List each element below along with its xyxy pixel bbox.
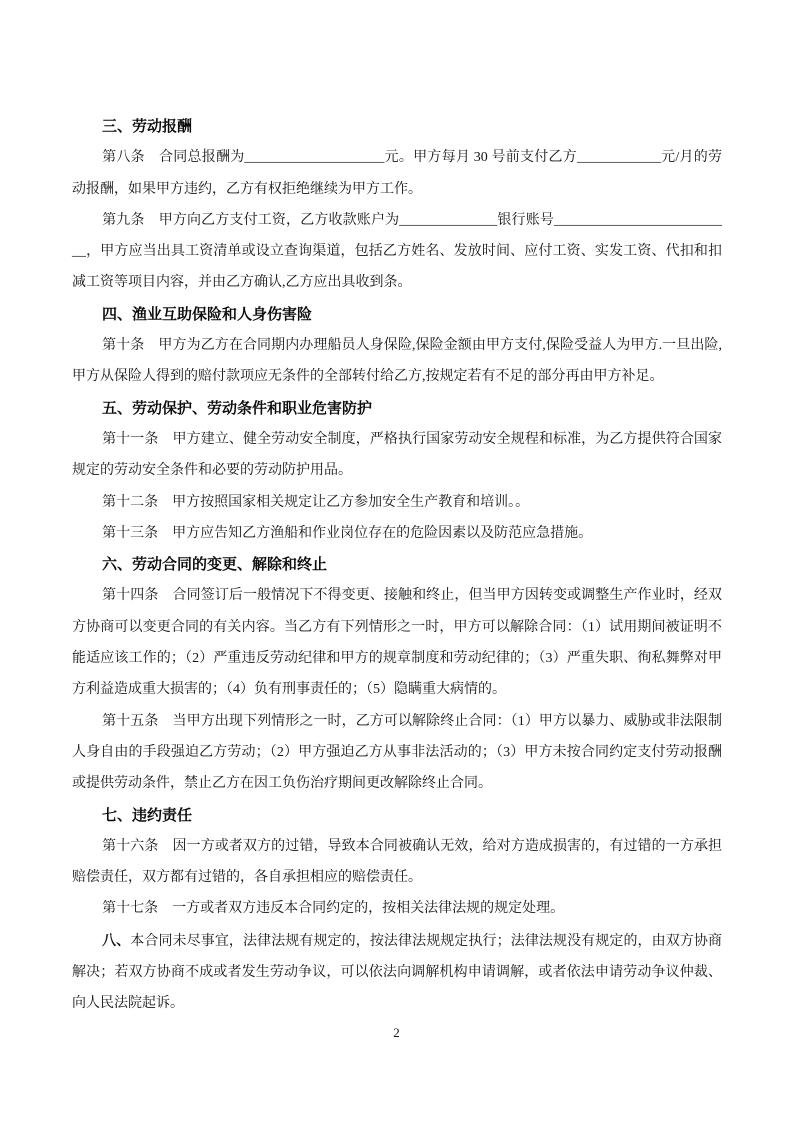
contract-paragraph: 第十二条 甲方按照国家相关规定让乙方参加安全生产教育和培训。。 — [72, 487, 722, 518]
contract-paragraph: 第十七条 一方或者双方违反本合同约定的，按相关法律法规的规定处理。 — [72, 893, 722, 924]
section-heading: 六、劳动合同的变更、解除和终止 — [72, 549, 722, 580]
contract-paragraph: 第十条 甲方为乙方在合同期内办理船员人身保险,保险金额由甲方支付,保险受益人为甲… — [72, 330, 722, 393]
contract-paragraph: 第十三条 甲方应告知乙方渔船和作业岗位存在的危险因素以及防范应急措施。 — [72, 518, 722, 549]
contract-paragraph: 八、本合同未尽事宜，法律法规有规定的，按法律法规规定执行；法律法规没有规定的，由… — [72, 925, 722, 1020]
section-heading: 七、违约责任 — [72, 800, 722, 831]
section-heading: 五、劳动保护、劳动条件和职业危害防护 — [72, 393, 722, 424]
contract-page: 三、劳动报酬第八条 合同总报酬为____________________元。甲方… — [0, 0, 793, 1122]
page-number: 2 — [0, 1023, 793, 1043]
contract-paragraph: 第八条 合同总报酬为____________________元。甲方每月 30 … — [72, 142, 722, 205]
contract-paragraph: 第十一条 甲方建立、健全劳动安全制度，严格执行国家劳动安全规程和标准，为乙方提供… — [72, 424, 722, 487]
contract-paragraph: 第九条 甲方向乙方支付工资，乙方收款账户为______________银行账号_… — [72, 205, 722, 299]
contract-paragraph: 第十六条 因一方或者双方的过错，导致本合同被确认无效，给对方造成损害的，有过错的… — [72, 831, 722, 894]
contract-paragraph: 第十五条 当甲方出现下列情形之一时，乙方可以解除终止合同：（1）甲方以暴力、威胁… — [72, 706, 722, 800]
section-heading: 四、渔业互助保险和人身伤害险 — [72, 299, 722, 330]
section-heading: 三、劳动报酬 — [72, 111, 722, 142]
clause-number-bold: 八、 — [102, 932, 130, 948]
contract-paragraph: 第十四条 合同签订后一般情况下不得变更、接触和终止，但当甲方因转变或调整生产作业… — [72, 580, 722, 705]
clause-text: 本合同未尽事宜，法律法规有规定的，按法律法规规定执行；法律法规没有规定的，由双方… — [72, 934, 722, 1012]
contract-body: 三、劳动报酬第八条 合同总报酬为____________________元。甲方… — [72, 111, 722, 1020]
